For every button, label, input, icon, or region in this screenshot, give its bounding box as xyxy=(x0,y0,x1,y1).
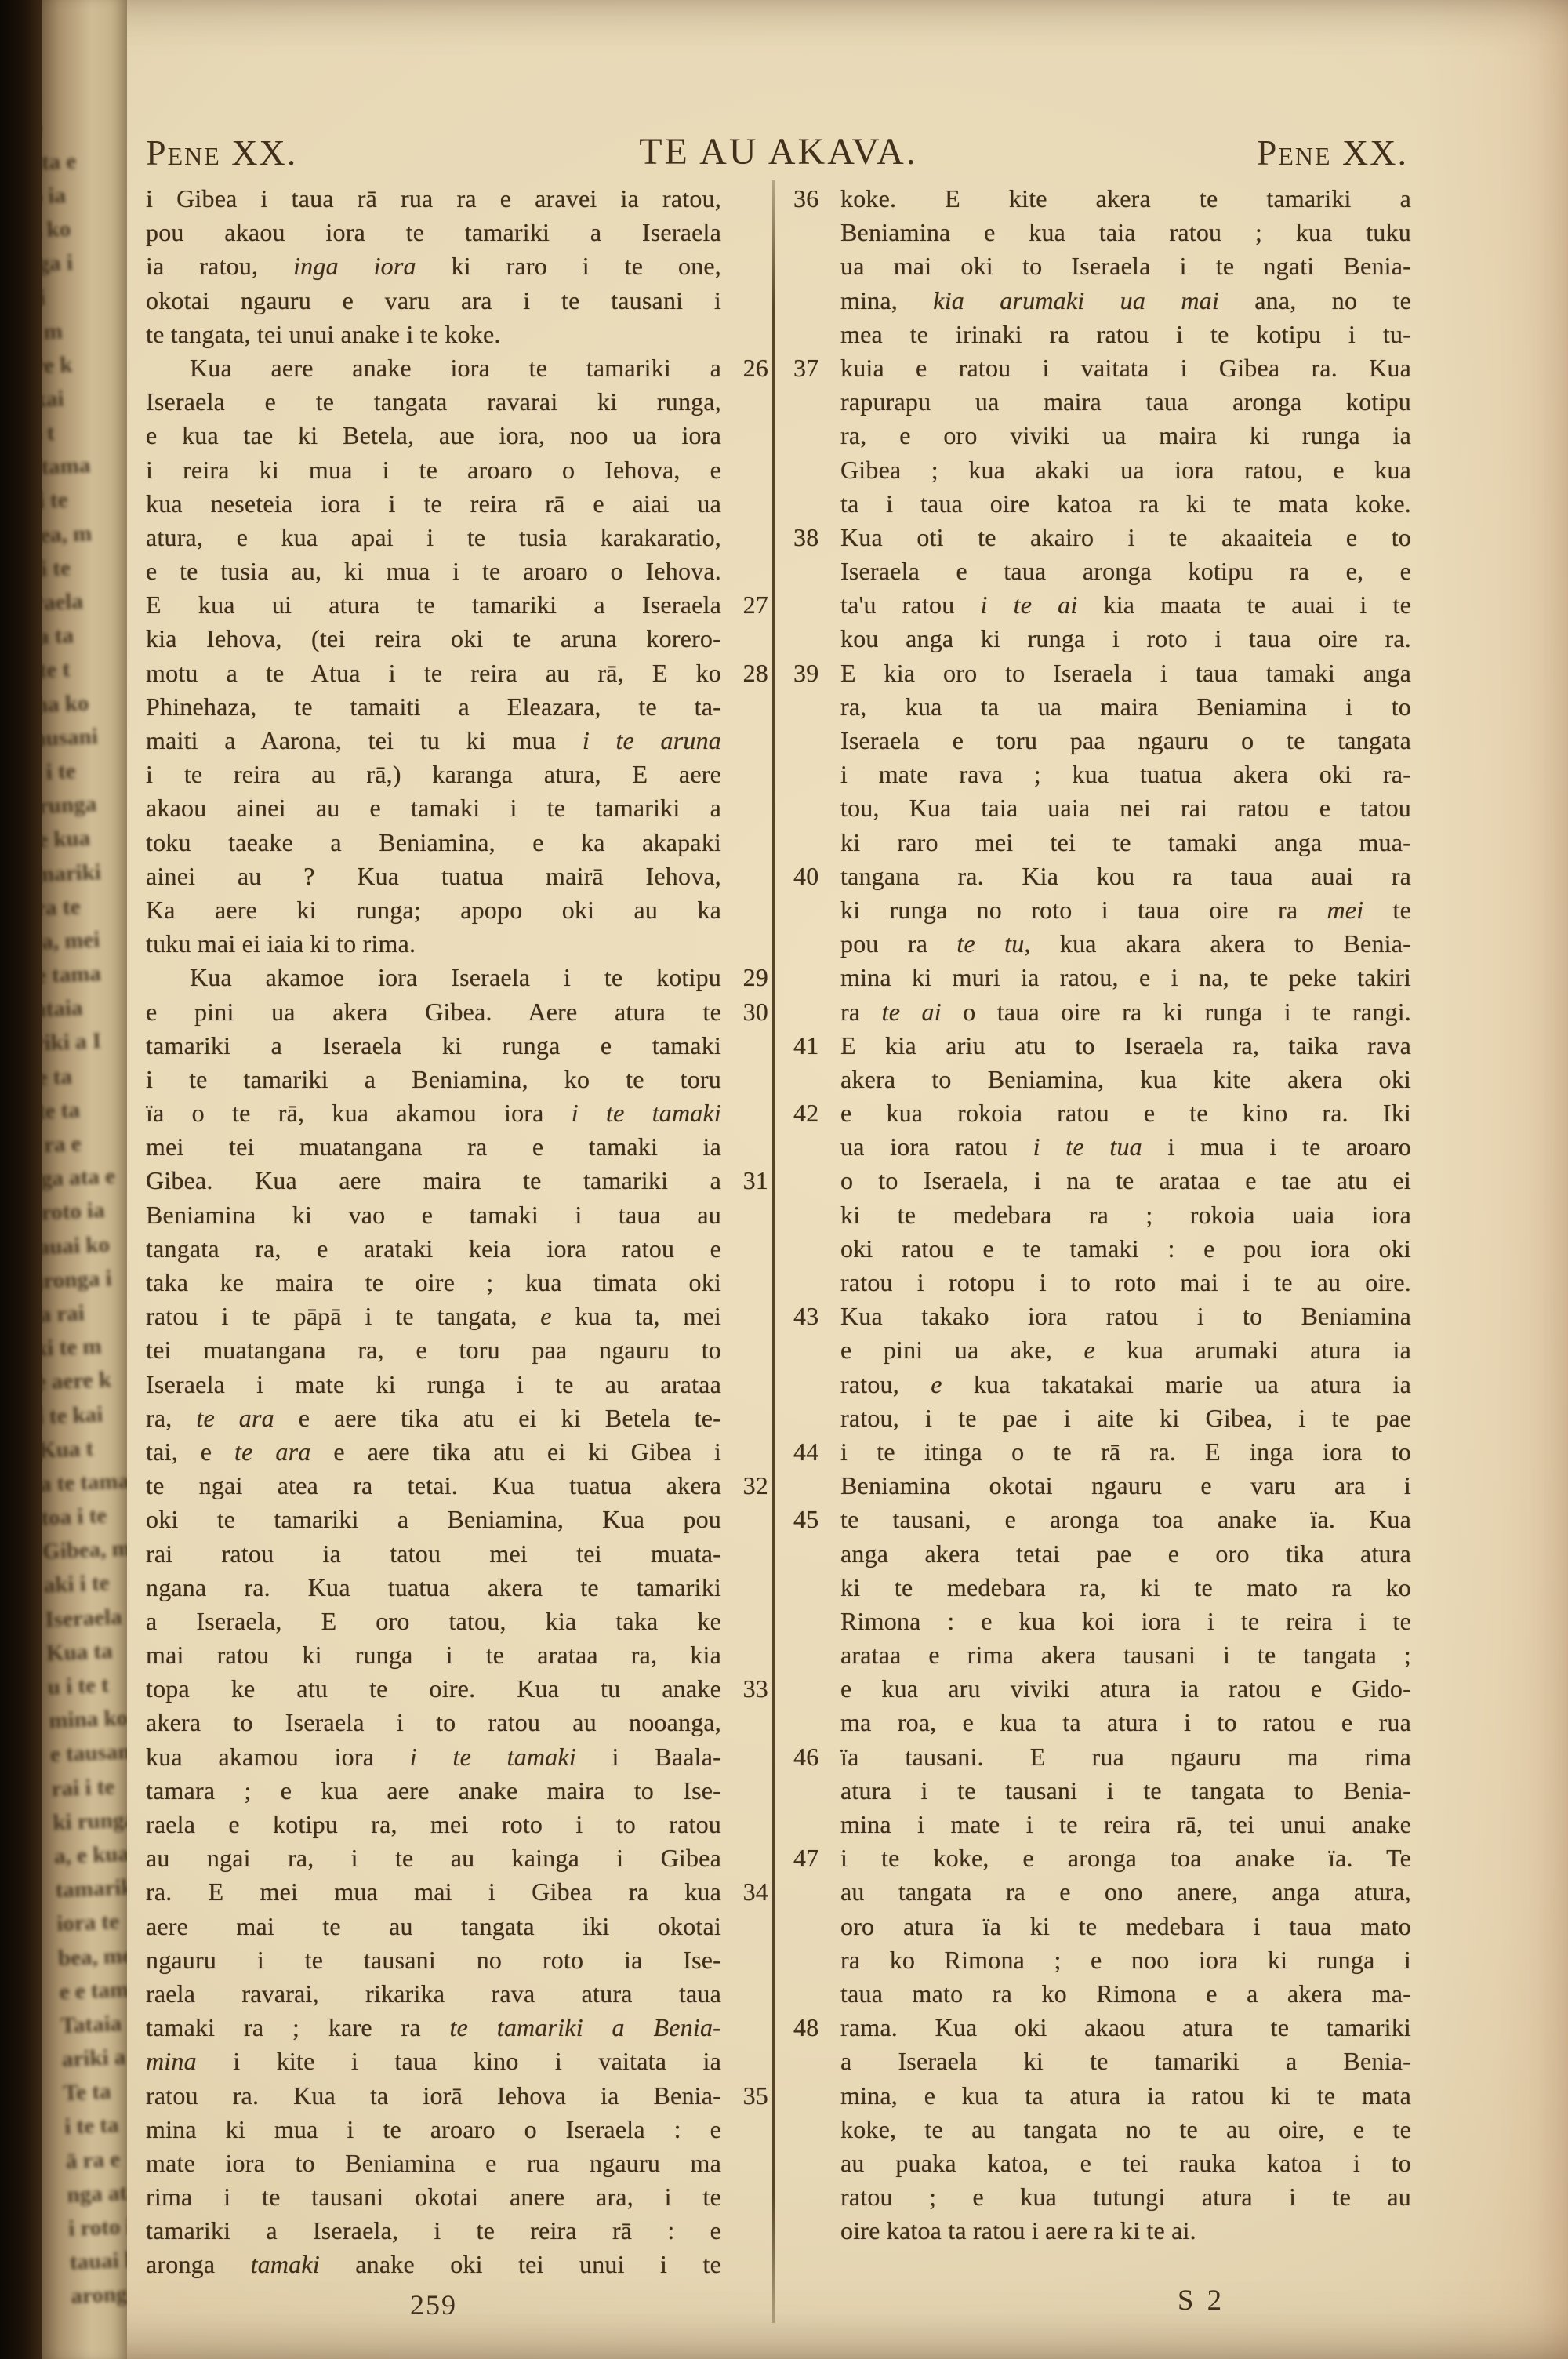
text-line: E kia oro to Iseraela i taua tamaki anga… xyxy=(840,656,1411,690)
verse-number: 38 xyxy=(793,521,818,554)
text-line: rima i te tausani okotai anere ara, i te xyxy=(146,2180,721,2214)
verse-number: 42 xyxy=(793,1096,818,1130)
verse-number: 37 xyxy=(793,351,818,385)
gutter-fragment-text: Tataia xyxy=(33,994,127,1032)
gutter-fragment-text: tauai ko xyxy=(33,1230,127,1269)
text-line: aronga tamaki anake oki tei unui i te xyxy=(146,2248,721,2281)
gutter-fragment-text: tauai ko xyxy=(69,2245,127,2284)
verse-number: 30 xyxy=(743,995,768,1029)
text-line: ratou, e kua takatakai marie ua atura ia xyxy=(840,1368,1411,1401)
verse-number: 44 xyxy=(793,1435,818,1469)
gutter-fragment-text: ia rai xyxy=(33,282,113,321)
text-line: Kua aere anake iora te tamariki a26 xyxy=(146,351,721,385)
gutter-fragment-text: Gibea, m xyxy=(33,519,122,558)
text-line: a Iseraela ki te tamariki a Benia- xyxy=(840,2045,1411,2078)
text-line: raela e kotipu ra, mei roto i to ratou xyxy=(146,1808,721,1841)
text-line: mina ki mua i te aroaro o Iseraela : e xyxy=(146,2113,721,2146)
gutter-fragment-text: mina ko xyxy=(33,689,127,727)
text-line: taua mato ra ko Rimona e a akera ma- xyxy=(840,1977,1411,2011)
gutter-fragment-text: Kua ta xyxy=(45,1637,127,1675)
text-line: i te koke, e aronga toa anake ïa. Te47 xyxy=(840,1841,1411,1875)
text-line: ra, e oro viviki ua maira ki runga ia xyxy=(840,419,1411,453)
text-line: Iseraela i mate ki runga i te au arataa xyxy=(146,1368,721,1401)
gutter-fragment-text: a, e kua xyxy=(33,824,127,863)
text-line: a Iseraela, E oro tatou, kia taka ke xyxy=(146,1605,721,1638)
text-line: rai ratou ia tatou mei tei muata- xyxy=(146,1537,721,1571)
gutter-fragment-text: aronga i xyxy=(71,2279,127,2317)
text-line: mai ratou ki runga i te arataa ra, kia xyxy=(146,1638,721,1672)
text-line: ratou i rotopu i to roto mai i te au oir… xyxy=(840,1266,1411,1299)
previous-page-edge: Te tai te taā ra enga ata ei roto iataua… xyxy=(33,0,127,2359)
verse-number: 28 xyxy=(743,656,768,690)
text-line: kua neseteia iora i te reira rā e aiai u… xyxy=(146,487,721,521)
gutter-fragment-text: u i te t xyxy=(47,1670,127,1709)
gutter-fragment-text: nga ata e xyxy=(67,2178,127,2216)
gutter-fragment-text: i te kai xyxy=(37,1399,127,1438)
gutter-fragment-text: Kua t xyxy=(38,1434,127,1472)
text-line: Iseraela e taua aronga kotipu ra e, e xyxy=(840,554,1411,588)
text-line: ki te medebara ra, ki te mato ra ko xyxy=(840,1571,1411,1605)
text-line: topa ke atu te oire. Kua tu anake33 xyxy=(146,1672,721,1706)
gutter-fragment-text: ki te m xyxy=(33,316,114,354)
gutter-fragment-text: e aere k xyxy=(33,351,115,389)
text-line: taka ke maira te oire ; kua timata oki xyxy=(146,1266,721,1299)
text-line: i Gibea i taua rā rua ra e aravei ia rat… xyxy=(146,182,721,216)
text-line: oki te tamariki a Beniamina, Kua pou xyxy=(146,1503,721,1536)
text-line: oki ratou e te tamaki : e pou iora oki xyxy=(840,1232,1411,1266)
text-line: ratou ra. Kua ta iorā Iehova ia Benia-35 xyxy=(146,2079,721,2113)
text-line: rama. Kua oki akaou atura te tamariki48 xyxy=(840,2011,1411,2045)
gutter-fragment-text: ā ra e xyxy=(33,1129,127,1167)
gutter-fragment-text: i roto ia xyxy=(33,1196,127,1234)
column-divider-rule xyxy=(772,180,775,2323)
gutter-text-fragments: Te tai te taā ra enga ata ei roto iataua… xyxy=(33,45,127,2317)
text-line: ra ko Rimona ; e noo iora ki runga i xyxy=(840,1943,1411,1977)
gutter-fragment-text: ki runga xyxy=(33,791,127,829)
text-line: tamaki ra ; kare ra te tamariki a Benia- xyxy=(146,2011,721,2045)
gutter-fragment-text: i roto ia xyxy=(68,2212,127,2250)
verse-number: 39 xyxy=(793,656,818,690)
gutter-fragment-text: Tataia xyxy=(60,2008,127,2047)
text-line: arataa e rima akera tausani i te tangata… xyxy=(840,1638,1411,1672)
text-line: atura, e kua apai i te tusia karakaratio… xyxy=(146,521,721,554)
gutter-fragment-text: Gibea, m xyxy=(42,1535,127,1573)
gutter-fragment-text: Kua t xyxy=(33,418,118,456)
verse-number: 40 xyxy=(793,860,818,893)
gutter-fragment-text: tamariki xyxy=(33,858,127,896)
gutter-fragment-text: i te ta xyxy=(33,1095,127,1133)
gutter-fragment-text: rai i te xyxy=(33,756,127,794)
text-line: okotai ngauru e varu ara i te tausani i xyxy=(146,284,721,318)
page-number: 259 xyxy=(146,2288,721,2321)
gutter-fragment-text: ariki a I xyxy=(61,2042,127,2081)
text-line: Beniamina ki vao e tamaki i taua au xyxy=(146,1198,721,1232)
gutter-fragment-text: a te tama xyxy=(33,452,119,490)
verse-number: 26 xyxy=(743,351,768,385)
text-line: Phinehaza, te tamaiti a Eleazara, te ta- xyxy=(146,690,721,724)
text-line: ra, te ara e aere tika atu ei ki Betela … xyxy=(146,1401,721,1435)
running-header: Pene XX. TE AU AKAVA. Pene XX. xyxy=(146,132,1411,176)
right-text-column: koke. E kite akera te tamariki a36Beniam… xyxy=(840,182,1411,2248)
gutter-fragment-text: e tausani xyxy=(33,722,127,761)
text-line: tamariki a Iseraela ki runga e tamaki xyxy=(146,1029,721,1063)
text-line: mina i kite i taua kino i vaitata ia xyxy=(146,2045,721,2078)
verse-number: 34 xyxy=(743,1875,768,1909)
text-line: tei muatangana ra, e toru paa ngauru to xyxy=(146,1333,721,1367)
text-line: ra te ai o taua oire ra ki runga i te ra… xyxy=(840,995,1411,1029)
gutter-fragment-text: i te kai xyxy=(33,384,117,423)
left-text-column: i Gibea i taua rā rua ra e aravei ia rat… xyxy=(146,182,721,2282)
gutter-fragment-text: bea, mei xyxy=(57,1941,127,1979)
text-line: motu a te Atua i te reira au rā, E ko28 xyxy=(146,656,721,690)
text-line: mate iora to Beniamina e rua ngauru ma xyxy=(146,2146,721,2180)
text-line: akaou ainei au e tamaki i te tamariki a xyxy=(146,791,721,825)
gutter-fragment-text: rai i te xyxy=(51,1772,127,1810)
gutter-fragment-text: Iseraela xyxy=(33,587,125,626)
text-line: ma roa, e kua ta atura i to ratou e rua xyxy=(840,1706,1411,1739)
text-line: e pini ua ake, e kua arumaki atura ia xyxy=(840,1333,1411,1367)
text-line: e kua aru viviki atura ia ratou e Gido- xyxy=(840,1672,1411,1706)
text-line: ia ratou, inga iora ki raro i te one, xyxy=(146,249,721,283)
text-line: toku taeake a Beniamina, e ka akapaki xyxy=(146,826,721,860)
verse-number: 36 xyxy=(793,182,818,216)
text-line: tangata ra, e arataki keia iora ratou e xyxy=(146,1232,721,1266)
gutter-fragment-text: ia rai xyxy=(33,1298,127,1336)
verse-number: 35 xyxy=(743,2079,768,2113)
text-line: kua akamou iora i te tamaki i Baala- xyxy=(146,1740,721,1774)
book-page-scan: Te tai te taā ra enga ata ei roto iataua… xyxy=(0,0,1568,2359)
text-line: ratou, i te pae i aite ki Gibea, i te pa… xyxy=(840,1401,1411,1435)
text-line: oire katoa ta ratou i aere ra ki te ai. xyxy=(840,2214,1411,2248)
gutter-fragment-text: tauai ko xyxy=(33,215,110,253)
text-line: Rimona : e kua koi iora i te reira i te xyxy=(840,1605,1411,1638)
gutter-fragment-text: ā ra e xyxy=(33,113,106,151)
verse-number: 29 xyxy=(743,961,768,994)
verse-number: 32 xyxy=(743,1469,768,1503)
gutter-fragment-text: toa i te xyxy=(33,485,121,524)
text-line: ïa tausani. E rua ngauru ma rima46 xyxy=(840,1740,1411,1774)
text-line: rapurapu ua maira taua aronga kotipu xyxy=(840,385,1411,419)
gutter-fragment-text: ariki a I xyxy=(33,1027,127,1066)
verse-number: 46 xyxy=(793,1740,818,1774)
text-line: te tangata, tei unui anake i te koke. xyxy=(146,318,721,351)
text-line: Beniamina okotai ngauru e varu ara i xyxy=(840,1469,1411,1503)
text-line: te tausani, e aronga toa anake ïa. Kua45 xyxy=(840,1503,1411,1536)
gutter-fragment-text: nga ata e xyxy=(33,1162,127,1201)
text-line: ua mai oki to Iseraela i te ngati Benia- xyxy=(840,249,1411,283)
text-line: E kua ui atura te tamariki a Iseraela27 xyxy=(146,588,721,622)
gutter-fragment-text: aki i te xyxy=(43,1568,127,1607)
text-line: mina, e kua ta atura ia ratou ki te mata xyxy=(840,2079,1411,2113)
text-line: tamariki a Iseraela, i te reira rā : e xyxy=(146,2214,721,2248)
text-line: aere mai te au tangata iki okotai xyxy=(146,1910,721,1943)
text-line: e kua rokoia ratou e te kino ra. Iki42 xyxy=(840,1096,1411,1130)
gutter-fragment-text: i te ta xyxy=(64,2110,127,2149)
text-line: i reira ki mua i te aroaro o Iehova, e xyxy=(146,453,721,487)
text-line: Kua oti te akairo i te akaaiteia e to38 xyxy=(840,521,1411,554)
text-line: mei tei muatangana ra e tamaki ia xyxy=(146,1130,721,1164)
text-line: ra, kua ta ua maira Beniamina i to xyxy=(840,690,1411,724)
gutter-fragment-text: Kua ta xyxy=(33,621,125,660)
text-line: koke. E kite akera te tamariki a36 xyxy=(840,182,1411,216)
text-line: ta'u ratou i te ai kia maata te auai i t… xyxy=(840,588,1411,622)
text-line: Kua akamoe iora Iseraela i te kotipu29 xyxy=(146,961,721,994)
text-line: i te tamariki a Beniamina, ko te toru xyxy=(146,1063,721,1096)
gutter-fragment-text: mina ko xyxy=(49,1704,127,1743)
text-line: au tangata ra e ono anere, anga atura, xyxy=(840,1875,1411,1909)
text-line: Gibea ; kua akaki ua iora ratou, e kua xyxy=(840,453,1411,487)
text-line: akera to Beniamina, kua kite akera oki xyxy=(840,1063,1411,1096)
gutter-fragment-text: ki te m xyxy=(34,1332,127,1370)
gutter-fragment-text: a, e kua xyxy=(53,1839,127,1877)
text-line: tou, Kua taia uaia nei rai ratou e tatou xyxy=(840,791,1411,825)
running-head-right: Pene XX. xyxy=(1257,132,1408,173)
gutter-fragment-text: iora te xyxy=(56,1907,127,1946)
text-line: Iseraela e te tangata ravarai ki runga, xyxy=(146,385,721,419)
text-line: ngauru i te tausani no roto ia Ise- xyxy=(146,1943,721,1977)
text-line: ratou ; e kua tutungi atura i te au xyxy=(840,2180,1411,2214)
verse-number: 47 xyxy=(793,1841,818,1875)
text-line: oro atura ïa ki te medebara i taua mato xyxy=(840,1910,1411,1943)
text-line: tangana ra. Kia kou ra taua auai ra40 xyxy=(840,860,1411,893)
gutter-fragment-text: Te ta xyxy=(33,45,103,84)
verse-number: 27 xyxy=(743,588,768,622)
text-line: ainei au ? Kua tuatua mairā Iehova, xyxy=(146,860,721,893)
text-line: pou ra te tu, kua akara akera to Benia- xyxy=(840,927,1411,961)
text-line: tamara ; e kua aere anake maira to Ise- xyxy=(146,1774,721,1808)
gutter-fragment-text: ki runga xyxy=(53,1805,127,1844)
text-line: kia Iehova, (tei reira oki te aruna kore… xyxy=(146,622,721,656)
text-line: au puaka katoa, e tei rauka katoa i to xyxy=(840,2146,1411,2180)
gutter-fragment-text: e e tama xyxy=(59,1975,127,2013)
text-line: Ka aere ki runga; apopo oki au ka xyxy=(146,893,721,927)
text-line: e te tusia au, ki mua i te aroaro o Ieho… xyxy=(146,554,721,588)
binding-gutter-shadow xyxy=(0,0,42,2359)
text-line: ta i taua oire katoa ra ki te mata koke. xyxy=(840,487,1411,521)
gutter-fragment-text: iora te xyxy=(33,892,127,930)
text-line: i te reira au rā,) karanga atura, E aere xyxy=(146,758,721,791)
text-line: ki runga no roto i taua oire ra mei te xyxy=(840,893,1411,927)
gutter-fragment-text: i te ta xyxy=(33,79,105,118)
gutter-fragment-text: aronga i xyxy=(33,249,111,287)
gutter-fragment-text: toa i te xyxy=(41,1501,127,1539)
text-line: raela ravarai, rikarika rava atura taua xyxy=(146,1977,721,2011)
text-line: pou akaou iora te tamariki a Iseraela xyxy=(146,216,721,249)
gutter-fragment-text: aronga i xyxy=(33,1264,127,1303)
verse-number: 48 xyxy=(793,2011,818,2045)
text-line: atura i te tausani i te tangata to Benia… xyxy=(840,1774,1411,1808)
verse-number: 33 xyxy=(743,1672,768,1706)
text-line: Iseraela e toru paa ngauru o te tangata xyxy=(840,724,1411,758)
gutter-fragment-text: a te tama xyxy=(39,1467,127,1506)
text-line: mina i mate i te reira rā, tei unui anak… xyxy=(840,1808,1411,1841)
text-line: e pini ua akera Gibea. Aere atura te30 xyxy=(146,995,721,1029)
gutter-fragment-text: Iseraela xyxy=(45,1602,127,1641)
verse-number: 41 xyxy=(793,1029,818,1063)
gutter-fragment-text: Te ta xyxy=(33,1061,127,1100)
text-line: i mate rava ; kua tuatua akera oki ra- xyxy=(840,758,1411,791)
verse-number: 31 xyxy=(743,1164,768,1198)
gutter-fragment-text: e aere k xyxy=(35,1365,127,1404)
text-line: mea te irinaki ra ratou i te kotipu i tu… xyxy=(840,318,1411,351)
gutter-fragment-text: nga ata e xyxy=(33,147,107,186)
running-head-left: Pene XX. xyxy=(146,132,297,173)
text-line: ïa o te rā, kua akamou iora i te tamaki xyxy=(146,1096,721,1130)
text-line: Kua takako iora ratou i to Beniamina43 xyxy=(840,1299,1411,1333)
text-line: E kia ariu atu to Iseraela ra, taika rav… xyxy=(840,1029,1411,1063)
text-line: maiti a Aarona, tei tu ki mua i te aruna xyxy=(146,724,721,758)
text-line: ra. E mei mua mai i Gibea ra kua34 xyxy=(146,1875,721,1909)
book-title: TE AU AKAVA. xyxy=(639,130,918,173)
text-line: o to Iseraela, i na te arataa e tae atu … xyxy=(840,1164,1411,1198)
text-line: akera to Iseraela i to ratou au nooanga, xyxy=(146,1706,721,1739)
text-line: mina, kia arumaki ua mai ana, no te xyxy=(840,284,1411,318)
text-line: kuia e ratou i vaitata i Gibea ra. Kua37 xyxy=(840,351,1411,385)
text-line: au ngai ra, i te au kainga i Gibea xyxy=(146,1841,721,1875)
gutter-fragment-text: e tausani xyxy=(49,1738,127,1776)
text-line: Beniamina e kua taia ratou ; kua tuku xyxy=(840,216,1411,249)
gutter-fragment-text: aki i te xyxy=(33,554,123,592)
text-line: ua iora ratou i te tua i mua i te aroaro xyxy=(840,1130,1411,1164)
gutter-fragment-text: i roto ia xyxy=(33,181,109,220)
text-line: ratou i te pāpā i te tangata, e kua ta, … xyxy=(146,1299,721,1333)
gutter-fragment-text: tamariki xyxy=(55,1874,127,1912)
gutter-fragment-text: u i te t xyxy=(33,655,127,693)
verse-number: 45 xyxy=(793,1503,818,1536)
text-line: Gibea. Kua aere maira te tamariki a31 xyxy=(146,1164,721,1198)
gutter-fragment-text: Te ta xyxy=(63,2077,127,2115)
text-line: ngana ra. Kua tuatua akera te tamariki xyxy=(146,1571,721,1605)
text-line: te ngai atea ra tetai. Kua tuatua akera3… xyxy=(146,1469,721,1503)
gutter-fragment-text: e e tama xyxy=(33,959,127,998)
verse-number: 43 xyxy=(793,1299,818,1333)
text-line: anga akera tetai pae e oro tika atura xyxy=(840,1537,1411,1571)
signature-mark: S 2 xyxy=(1138,2284,1264,2317)
text-line: koke, te au tangata no te au oire, e te xyxy=(840,2113,1411,2146)
text-line: mina ki muri ia ratou, e i na, te peke t… xyxy=(840,961,1411,994)
gutter-fragment-text: bea, mei xyxy=(33,925,127,964)
text-line: i te itinga o te rā ra. E inga iora to44 xyxy=(840,1435,1411,1469)
text-line: ki te medebara ra ; rokoia uaia iora xyxy=(840,1198,1411,1232)
text-line: tuku mai ei iaia ki to rima. xyxy=(146,927,721,961)
text-line: ki raro mei tei te tamaki anga mua- xyxy=(840,826,1411,860)
text-line: e kua tae ki Betela, aue iora, noo ua io… xyxy=(146,419,721,453)
text-line: kou anga ki runga i roto i taua oire ra. xyxy=(840,622,1411,656)
gutter-fragment-text: ā ra e xyxy=(65,2144,127,2183)
text-line: tai, e te ara e aere tika atu ei ki Gibe… xyxy=(146,1435,721,1469)
